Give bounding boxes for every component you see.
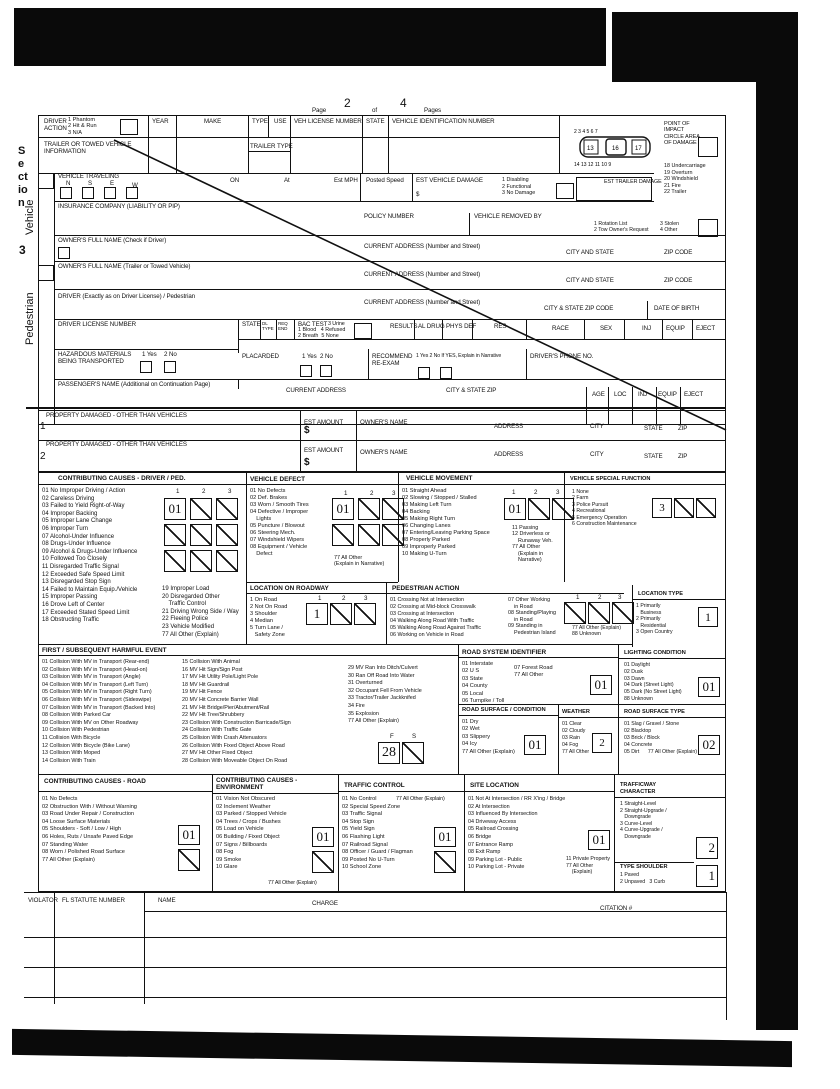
- dir-w-checkbox[interactable]: [126, 187, 138, 199]
- special-function-box-2[interactable]: [674, 498, 694, 518]
- shoulder-box[interactable]: 1: [696, 865, 718, 887]
- location-roadway-title: LOCATION ON ROADWAY: [250, 585, 329, 592]
- point-of-impact-box[interactable]: [698, 137, 718, 157]
- vehicle-defect-col-1: 1: [344, 490, 347, 497]
- vehicle-defect-box-1-3[interactable]: [382, 498, 404, 520]
- cc-driver-box-1-2[interactable]: [190, 498, 212, 520]
- pass-eject-label: EJECT: [684, 391, 703, 398]
- special-function-box-3[interactable]: [696, 498, 716, 518]
- recommend-opts: 1 Yes 2 No If YES, Explain in Narrative: [416, 353, 516, 360]
- property-2-label: PROPERTY DAMAGED - OTHER THAN VEHICLES: [46, 441, 187, 448]
- property-1-est: EST AMOUNT: [304, 419, 343, 426]
- vehicle-defect-box-1-1[interactable]: 01: [332, 498, 354, 520]
- shoulder-list: 1 Paved 2 Unpaved 3 Curb: [620, 872, 665, 885]
- location-roadway-list: 1 On Road 2 Not On Road 3 Shoulder 4 Med…: [250, 597, 287, 639]
- pedestrian-action-col-2: 2: [598, 594, 601, 601]
- weather-title: WEATHER: [562, 709, 590, 715]
- svg-text:17: 17: [635, 146, 642, 152]
- cc-env-other: 77 All Other (Explain): [268, 880, 317, 887]
- driver-address-label: CURRENT ADDRESS (Number and Street): [364, 299, 480, 306]
- road-surface-type-title: ROAD SURFACE TYPE: [624, 709, 685, 715]
- dl-number-label: DRIVER LICENSE NUMBER: [58, 321, 136, 328]
- dir-e-checkbox[interactable]: [104, 187, 116, 199]
- statute-header: FL STATUTE NUMBER: [62, 897, 125, 904]
- damage-box[interactable]: [556, 183, 574, 199]
- lighting-title: LIGHTING CONDITION: [624, 650, 686, 656]
- cc-road-title: CONTRIBUTING CAUSES - ROAD: [44, 778, 146, 785]
- license-label: VEH LICENSE NUMBER: [294, 118, 362, 125]
- location-roadway-col-1: 1: [318, 595, 321, 602]
- point-of-impact-label: POINT OF IMPACT CIRCLE AREA OF DAMAGE: [664, 121, 700, 147]
- property-1-state: STATE: [644, 425, 663, 432]
- road-surface-cond-box[interactable]: 01: [524, 735, 546, 755]
- cc-driver-box-1-1[interactable]: 01: [164, 498, 186, 520]
- owner-address-label: CURRENT ADDRESS (Number and Street): [364, 243, 480, 250]
- scan-border-top: [14, 8, 606, 66]
- pedestrian-action-title: PEDESTRIAN ACTION: [392, 585, 459, 592]
- cc-driver-box-3-1[interactable]: [164, 550, 186, 572]
- vehicle-defect-box-2-3[interactable]: [382, 524, 404, 546]
- site-location-box[interactable]: 01: [588, 830, 610, 850]
- cc-road-box[interactable]: 01: [178, 825, 200, 845]
- use-label: USE: [274, 118, 286, 125]
- cc-env-box[interactable]: 01: [312, 827, 334, 847]
- damage-dollar: $: [416, 191, 419, 198]
- est-vehicle-damage-label: EST VEHICLE DAMAGE: [416, 177, 483, 184]
- name-header: NAME: [158, 897, 175, 904]
- trailer-owner-address-label: CURRENT ADDRESS (Number and Street): [364, 271, 480, 278]
- driver-action-label: DRIVER ACTION: [44, 118, 66, 132]
- recommend-label: RECOMMEND RE-EXAM: [372, 353, 412, 367]
- harmful-event-title: FIRST / SUBSEQUENT HARMFUL EVENT: [42, 647, 167, 654]
- dir-n-checkbox[interactable]: [60, 187, 72, 199]
- cc-road-box-2[interactable]: [178, 849, 200, 871]
- traffic-control-box[interactable]: 01: [434, 827, 456, 847]
- owner-is-driver-checkbox[interactable]: [58, 247, 70, 259]
- vehicle-defect-col-2: 2: [370, 490, 373, 497]
- road-surface-cond-list: 01 Dry 02 Wet 03 Slippery 04 Icy 77 All …: [462, 719, 515, 756]
- special-function-box-1[interactable]: 3: [652, 498, 672, 518]
- road-surface-type-box[interactable]: 02: [698, 735, 720, 755]
- removed-options-2: 3 Stolen 4 Other: [660, 221, 679, 233]
- driver-action-box[interactable]: [120, 119, 138, 135]
- cc-driver-box-2-3[interactable]: [216, 524, 238, 546]
- pedestrian-action-box-3[interactable]: [612, 602, 634, 624]
- cc-driver-box-2-2[interactable]: [190, 524, 212, 546]
- crash-report-page: Page 2 of 4 Pages Section 3 Vehicle Pede…: [14, 85, 756, 1020]
- est-mph-label: Est MPH: [334, 177, 358, 184]
- vehicle-defect-box-2-2[interactable]: [358, 524, 380, 546]
- harmful-subsequent-label: S: [412, 733, 416, 740]
- property-1-owner: OWNER'S NAME: [360, 419, 407, 426]
- harmful-first-box[interactable]: 28: [378, 742, 400, 764]
- recommend-yes-checkbox[interactable]: [418, 367, 430, 379]
- pedestrian-action-list-2: 07 Other Working in Road 08 Standing/Pla…: [508, 597, 556, 637]
- vehicle-defect-box-2-1[interactable]: [332, 524, 354, 546]
- driver-city-label: CITY & STATE ZIP CODE: [544, 305, 613, 312]
- vehicle-defect-box-1-2[interactable]: [358, 498, 380, 520]
- traffic-control-box-2[interactable]: [434, 851, 456, 873]
- placarded-no-label: 2 No: [320, 353, 333, 360]
- cc-road-list: 01 No Defects 02 Obstruction With / With…: [42, 796, 137, 864]
- road-surface-type-list: 01 Slag / Gravel / Stone 02 Blacktop 03 …: [624, 721, 697, 756]
- vehicle-movement-col-2: 2: [534, 489, 537, 496]
- location-roadway-box-1[interactable]: 1: [306, 603, 328, 625]
- trailer-damage-label: EST TRAILER DAMAGE: [604, 179, 662, 186]
- age-label: AGE: [592, 391, 605, 398]
- cc-env-box-2[interactable]: [312, 851, 334, 873]
- hazmat-yes-label: 1 Yes: [142, 351, 157, 358]
- property-1-zip: ZIP: [678, 425, 687, 432]
- svg-text:2 3 4 5 6 7: 2 3 4 5 6 7: [574, 129, 598, 135]
- passenger-city-label: CITY & STATE ZIP: [446, 387, 496, 394]
- pedestrian-checkbox[interactable]: [38, 265, 54, 281]
- location-type-list: 1 Primarily Business 2 Primarily Residen…: [636, 603, 673, 636]
- location-roadway-col-3: 3: [364, 595, 367, 602]
- special-function-title: VEHICLE SPECIAL FUNCTION: [570, 476, 650, 482]
- hazmat-no-label: 2 No: [164, 351, 177, 358]
- dl-state-label: STATE: [242, 321, 261, 328]
- svg-text:14 13 12 11 10 9: 14 13 12 11 10 9: [574, 162, 611, 167]
- road-system-list: 01 Interstate 02 U S 03 State 04 County …: [462, 661, 504, 705]
- driver-phone-label: DRIVER'S PHONE NO.: [530, 353, 593, 360]
- of-label: of: [372, 107, 377, 114]
- page-label: Page: [312, 107, 326, 114]
- placarded-label: PLACARDED: [242, 353, 279, 360]
- pedestrian-side-label: Pedestrian: [24, 292, 36, 345]
- pedestrian-action-list-3: 77 All Other (Explain) 88 Unknown: [572, 625, 621, 638]
- cc-driver-list: 01 No Improper Driving / Action 02 Carel…: [42, 488, 137, 625]
- charge-header: CHARGE: [312, 900, 338, 907]
- vehicle-movement-list-2: 11 Passing 12 Driverless or Runaway Veh.…: [512, 525, 553, 563]
- property-2-state: STATE: [644, 453, 663, 460]
- dl-type-label: DL TYPE: [262, 321, 274, 331]
- pass-equip-label: EQUIP: [658, 391, 677, 398]
- owner-name-label: OWNER'S FULL NAME (Check if Driver): [58, 237, 166, 244]
- placarded-no-checkbox[interactable]: [320, 365, 332, 377]
- property-2-address: ADDRESS: [494, 451, 523, 458]
- weather-list: 01 Clear 02 Cloudy 03 Rain 04 Fog 77 All…: [562, 721, 589, 756]
- cc-driver-title: CONTRIBUTING CAUSES - DRIVER / PED.: [58, 475, 185, 482]
- cc-driver-col-1: 1: [176, 488, 179, 495]
- road-system-list-2: 07 Forest Road 77 All Other: [514, 665, 553, 680]
- cc-driver-list-2: 19 Improper Load 20 Disregarded Other Tr…: [162, 586, 239, 639]
- passenger-name-label: PASSENGER'S NAME (Additional on Continua…: [58, 381, 210, 388]
- vehicle-movement-box-3[interactable]: [552, 498, 574, 520]
- cc-driver-box-3-3[interactable]: [216, 550, 238, 572]
- loc-label: LOC: [614, 391, 626, 398]
- owner-zip-label: ZIP CODE: [664, 249, 692, 256]
- insurance-label: INSURANCE COMPANY (LIABILITY OR PIP): [58, 203, 180, 210]
- violation-row-3: [24, 997, 726, 998]
- dir-s-checkbox[interactable]: [82, 187, 94, 199]
- res-label: RES: [494, 323, 506, 330]
- road-system-box[interactable]: 01: [590, 675, 612, 695]
- location-roadway-box-2[interactable]: [330, 603, 352, 625]
- req-end-label: REQ END: [278, 321, 292, 331]
- dob-label: DATE OF BIRTH: [654, 305, 699, 312]
- posted-speed-label: Posted Speed: [366, 177, 404, 184]
- removed-options: 1 Rotation List 2 Tow Owner's Request: [594, 221, 649, 233]
- vehicle-movement-list: 01 Straight Ahead 02 Slowing / Stopped /…: [402, 488, 490, 558]
- hazmat-label: HAZARDOUS MATERIALS BEING TRANSPORTED: [58, 351, 138, 365]
- pedestrian-action-box-2[interactable]: [588, 602, 610, 624]
- cc-driver-box-1-3[interactable]: [216, 498, 238, 520]
- svg-text:13: 13: [587, 146, 594, 152]
- scan-border-right: [756, 80, 798, 1030]
- trafficway-title: TRAFFICWAY CHARACTER: [620, 782, 690, 795]
- inj-label: INJ: [642, 325, 651, 332]
- lighting-box[interactable]: 01: [698, 677, 720, 697]
- hazmat-no-checkbox[interactable]: [164, 361, 176, 373]
- property-2-zip: ZIP: [678, 453, 687, 460]
- pages-label: Pages: [424, 107, 441, 114]
- trailer-type-label: TRAILER TYPE: [250, 143, 293, 150]
- race-label: RACE: [552, 325, 569, 332]
- state-label: STATE: [366, 118, 385, 125]
- year-label: YEAR: [152, 118, 168, 125]
- svg-text:16: 16: [612, 146, 619, 152]
- property-2-est: EST AMOUNT: [304, 447, 343, 454]
- scan-border-bottom: [12, 1029, 792, 1067]
- site-location-list-2: 11 Private Property 77 All Other (Explai…: [566, 856, 610, 876]
- pedestrian-action-col-1: 1: [576, 594, 579, 601]
- page-number: 2: [344, 100, 351, 107]
- harmful-event-col-2: 15 Collision With Animal 16 MV Hit Sign/…: [182, 659, 291, 765]
- lighting-list: 01 Daylight 02 Dusk 03 Dawn 04 Dark (Str…: [624, 662, 682, 703]
- property-2-city: CITY: [590, 451, 604, 458]
- property-1-address: ADDRESS: [494, 423, 523, 430]
- property-1-dollar: $: [304, 427, 309, 434]
- vehicle-movement-col-3: 3: [556, 489, 559, 496]
- property-2-dollar: $: [304, 459, 309, 466]
- cc-driver-col-3: 3: [228, 488, 231, 495]
- al-drug-label: AL DRUG: [418, 323, 445, 330]
- property-1-label: PROPERTY DAMAGED - OTHER THAN VEHICLES: [46, 412, 187, 419]
- vin-label: VEHICLE IDENTIFICATION NUMBER: [392, 118, 495, 125]
- trafficway-box[interactable]: 2: [696, 837, 718, 859]
- special-function-list: 1 None 2 Farm 3 Police Pursuit 4 Recreat…: [572, 489, 637, 527]
- cc-driver-col-2: 2: [202, 488, 205, 495]
- road-system-title: ROAD SYSTEM IDENTIFIER: [462, 649, 546, 656]
- vehicle-movement-box-1[interactable]: 01: [504, 498, 526, 520]
- hazmat-yes-checkbox[interactable]: [140, 361, 152, 373]
- scan-border-top-right: [612, 12, 798, 82]
- cc-driver-box-3-2[interactable]: [190, 550, 212, 572]
- violation-row-2: [24, 967, 726, 968]
- vehicle-defect-col-3: 3: [392, 490, 395, 497]
- road-surface-cond-title: ROAD SURFACE / CONDITION: [462, 707, 546, 713]
- impact-extra-options: 18 Undercarriage 19 Overturn 20 Windshie…: [664, 163, 706, 196]
- eject-label: EJECT: [696, 325, 715, 332]
- location-roadway-col-2: 2: [342, 595, 345, 602]
- owner-city-label: CITY AND STATE: [566, 249, 614, 256]
- property-1-num: 1: [40, 423, 45, 430]
- vehicle-defect-title: VEHICLE DEFECT: [250, 476, 305, 483]
- location-type-title: LOCATION TYPE: [638, 591, 683, 597]
- harmful-first-label: F: [390, 733, 394, 740]
- harmful-event-col-3: 29 MV Ran Into Ditch/Culvert 30 Ran Off …: [348, 665, 422, 726]
- site-location-title: SITE LOCATION: [470, 782, 519, 789]
- vehicle-side-label: Vehicle: [24, 200, 36, 235]
- damage-options: 1 Disabling 2 Functional 3 No Damage: [502, 177, 535, 197]
- traffic-control-other: 77 All Other (Explain): [396, 796, 445, 803]
- on-label: ON: [230, 177, 239, 184]
- driver-label: DRIVER (Exactly as on Driver License) / …: [58, 293, 195, 300]
- trailer-owner-label: OWNER'S FULL NAME (Trailer or Towed Vehi…: [58, 263, 190, 270]
- recommend-no-checkbox[interactable]: [440, 367, 452, 379]
- trailer-owner-city-label: CITY AND STATE: [566, 277, 614, 284]
- bac-box[interactable]: [354, 323, 372, 339]
- vehicle-damage-diagram[interactable]: 13 16 17 2 3 4 5 6 7 14 13 12 11 10 9: [570, 125, 660, 167]
- make-label: MAKE: [204, 118, 221, 125]
- removed-by-label: VEHICLE REMOVED BY: [474, 213, 542, 220]
- pedestrian-action-list: 01 Crossing Not at Intersection 02 Cross…: [390, 597, 481, 639]
- equip-label: EQUIP: [666, 325, 685, 332]
- sex-label: SEX: [600, 325, 612, 332]
- vehicle-defect-other: 77 All Other (Explain in Narrative): [334, 555, 384, 568]
- location-type-box[interactable]: 1: [698, 607, 718, 627]
- driver-action-options: 1 Phantom 2 Hit & Run 3 N/A: [68, 117, 97, 136]
- cc-driver-box-2-1[interactable]: [164, 524, 186, 546]
- section-checkbox[interactable]: [38, 173, 54, 189]
- at-label: At: [284, 177, 290, 184]
- property-1-city: CITY: [590, 423, 604, 430]
- policy-label: POLICY NUMBER: [364, 213, 414, 220]
- pedestrian-action-box-1[interactable]: [564, 602, 586, 624]
- trailer-info-label: TRAILER OR TOWED VEHICLE INFORMATION: [44, 141, 134, 155]
- pass-inj-label: INJ: [638, 391, 647, 398]
- shoulder-title: TYPE SHOULDER: [620, 864, 668, 870]
- page-total: 4: [400, 100, 407, 107]
- harmful-subsequent-box[interactable]: [402, 742, 424, 764]
- weather-box[interactable]: 2: [592, 733, 612, 753]
- property-2-owner: OWNER'S NAME: [360, 449, 407, 456]
- cc-env-title: CONTRIBUTING CAUSES - ENVIRONMENT: [216, 777, 306, 791]
- violation-row-1: [24, 937, 726, 938]
- type-label: TYPE: [252, 118, 268, 125]
- vehicle-defect-list: 01 No Defects 02 Def. Brakes 03 Worn / S…: [250, 488, 309, 558]
- traffic-control-list: 01 No Control 02 Special Speed Zone 03 T…: [342, 796, 413, 872]
- vehicle-movement-col-1: 1: [512, 489, 515, 496]
- site-location-list: 01 Not At Intersection / RR X'ing / Brid…: [468, 796, 565, 872]
- location-roadway-box-3[interactable]: [354, 603, 376, 625]
- harmful-event-col-1: 01 Collision With MV in Transport (Rear-…: [42, 659, 155, 765]
- section-number: 3: [19, 243, 26, 257]
- pedestrian-action-col-3: 3: [618, 594, 621, 601]
- placarded-yes-checkbox[interactable]: [300, 365, 312, 377]
- trailer-owner-zip-label: ZIP CODE: [664, 277, 692, 284]
- bac-options: 1 Blood 4 Refused 2 Breath 5 None: [298, 327, 345, 340]
- property-2-num: 2: [40, 453, 45, 460]
- placarded-yes-label: 1 Yes: [302, 353, 317, 360]
- vehicle-movement-box-2[interactable]: [528, 498, 550, 520]
- passenger-address-label: CURRENT ADDRESS: [286, 387, 346, 394]
- vehicle-movement-title: VEHICLE MOVEMENT: [406, 475, 472, 482]
- traffic-control-title: TRAFFIC CONTROL: [344, 782, 405, 789]
- trafficway-list: 1 Straight-Level 2 Straight-Upgrade / Do…: [620, 801, 667, 841]
- cc-env-list: 01 Vision Not Obscured 02 Inclement Weat…: [216, 796, 287, 872]
